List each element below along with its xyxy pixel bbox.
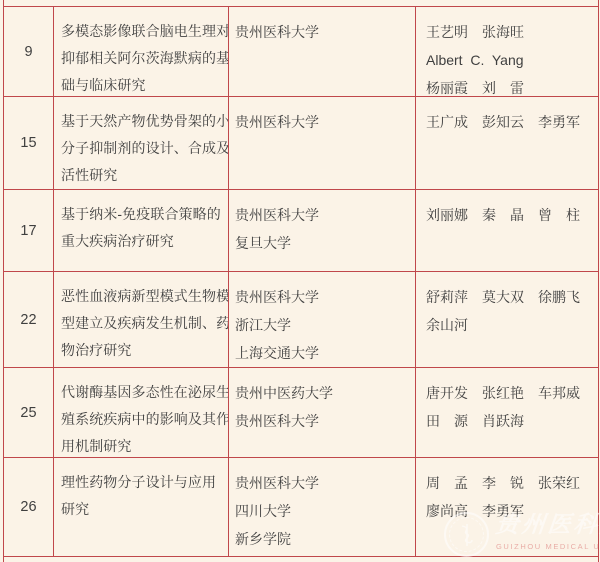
- researchers-cell: 王艺明 张海旺Albert C. Yang杨丽霞 刘 雷: [416, 7, 598, 96]
- researcher-names-line: 周 孟 李 锐 张荣红: [426, 469, 596, 497]
- project-title-line: 基于纳米-免疫联合策略的: [61, 201, 227, 228]
- project-title-line: 础与临床研究: [61, 72, 227, 96]
- project-title-cell: 恶性血液病新型模式生物模型建立及疾病发生机制、药物治疗研究: [54, 272, 229, 367]
- project-title-line: 殖系统疾病中的影响及其作: [61, 406, 227, 433]
- institution-name: 贵州医科大学: [235, 469, 413, 497]
- researchers-cell: 周 孟 李 锐 张荣红廖尚高 李勇军: [416, 458, 598, 556]
- row-number: 25: [4, 368, 54, 457]
- project-title-cell: 基于纳米-免疫联合策略的重大疾病治疗研究: [54, 190, 229, 271]
- institution-name: 浙江大学: [235, 311, 413, 339]
- researchers-cell: 王广成 彭知云 李勇军: [416, 97, 598, 189]
- institution-name: 贵州医科大学: [235, 283, 413, 311]
- institution-name: 上海交通大学: [235, 339, 413, 367]
- project-title-line: 重大疾病治疗研究: [61, 228, 227, 255]
- institutions-cell: 贵州医科大学: [229, 7, 416, 96]
- institution-name: 复旦大学: [235, 229, 413, 257]
- project-title-line: 活性研究: [61, 162, 227, 189]
- projects-table: 9 多模态影像联合脑电生理对抑郁相关阿尔茨海默病的基础与临床研究 贵州医科大学 …: [3, 0, 599, 562]
- institutions-cell: 贵州医科大学复旦大学: [229, 190, 416, 271]
- project-title-line: 型建立及疾病发生机制、药: [61, 310, 227, 337]
- project-title-line: 抑郁相关阿尔茨海默病的基: [61, 45, 227, 72]
- row-number: 26: [4, 458, 54, 556]
- institution-name: 贵州医科大学: [235, 201, 413, 229]
- institutions-cell: 贵州中医药大学贵州医科大学: [229, 368, 416, 457]
- institution-name: 贵州中医药大学: [235, 379, 413, 407]
- researcher-names-line: 王艺明 张海旺: [426, 18, 596, 46]
- row-number: 15: [4, 97, 54, 189]
- researcher-names-line: 舒莉萍 莫大双 徐鹏飞: [426, 283, 596, 311]
- table-row: 22 恶性血液病新型模式生物模型建立及疾病发生机制、药物治疗研究 贵州医科大学浙…: [4, 272, 598, 368]
- document-page: 9 多模态影像联合脑电生理对抑郁相关阿尔茨海默病的基础与临床研究 贵州医科大学 …: [0, 0, 600, 562]
- researcher-names-line: 廖尚高 李勇军: [426, 497, 596, 525]
- row-number: 22: [4, 272, 54, 367]
- project-title-cell: 理性药物分子设计与应用研究: [54, 458, 229, 556]
- row-number: 17: [4, 190, 54, 271]
- project-title-cell: 代谢酶基因多态性在泌尿生殖系统疾病中的影响及其作用机制研究: [54, 368, 229, 457]
- table-cutoff-row-bottom: [4, 557, 598, 562]
- institution-name: 新乡学院: [235, 525, 413, 553]
- row-number: 9: [4, 7, 54, 96]
- researcher-names-line: 唐开发 张红艳 车邦威: [426, 379, 596, 407]
- project-title-line: 物治疗研究: [61, 337, 227, 364]
- project-title-line: 理性药物分子设计与应用: [61, 469, 227, 496]
- table-row: 26 理性药物分子设计与应用研究 贵州医科大学四川大学新乡学院 周 孟 李 锐 …: [4, 458, 598, 557]
- institution-name: 贵州医科大学: [235, 18, 413, 46]
- project-title-line: 代谢酶基因多态性在泌尿生: [61, 379, 227, 406]
- project-title-line: 分子抑制剂的设计、合成及: [61, 135, 227, 162]
- researchers-cell: 刘丽娜 秦 晶 曾 柱: [416, 190, 598, 271]
- table-row: 9 多模态影像联合脑电生理对抑郁相关阿尔茨海默病的基础与临床研究 贵州医科大学 …: [4, 7, 598, 97]
- institution-name: 四川大学: [235, 497, 413, 525]
- project-title-line: 多模态影像联合脑电生理对: [61, 18, 227, 45]
- table-row: 25 代谢酶基因多态性在泌尿生殖系统疾病中的影响及其作用机制研究 贵州中医药大学…: [4, 368, 598, 458]
- institutions-cell: 贵州医科大学四川大学新乡学院: [229, 458, 416, 556]
- researchers-cell: 舒莉萍 莫大双 徐鹏飞余山河: [416, 272, 598, 367]
- table-row: 15 基于天然产物优势骨架的小分子抑制剂的设计、合成及活性研究 贵州医科大学 王…: [4, 97, 598, 190]
- researcher-names-line: Albert C. Yang: [426, 46, 596, 74]
- researcher-names-line: 余山河: [426, 311, 596, 339]
- project-title-cell: 基于天然产物优势骨架的小分子抑制剂的设计、合成及活性研究: [54, 97, 229, 189]
- project-title-line: 基于天然产物优势骨架的小: [61, 108, 227, 135]
- table-cutoff-row-top: [4, 0, 598, 7]
- institutions-cell: 贵州医科大学浙江大学上海交通大学: [229, 272, 416, 367]
- institution-name: 贵州医科大学: [235, 108, 413, 136]
- researcher-names-line: 杨丽霞 刘 雷: [426, 74, 596, 96]
- table-row: 17 基于纳米-免疫联合策略的重大疾病治疗研究 贵州医科大学复旦大学 刘丽娜 秦…: [4, 190, 598, 272]
- institution-name: 贵州医科大学: [235, 407, 413, 435]
- project-title-line: 恶性血液病新型模式生物模: [61, 283, 227, 310]
- project-title-line: 用机制研究: [61, 433, 227, 457]
- institutions-cell: 贵州医科大学: [229, 97, 416, 189]
- researcher-names-line: 田 源 肖跃海: [426, 407, 596, 435]
- researcher-names-line: 刘丽娜 秦 晶 曾 柱: [426, 201, 596, 229]
- project-title-line: 研究: [61, 496, 227, 523]
- researchers-cell: 唐开发 张红艳 车邦威田 源 肖跃海: [416, 368, 598, 457]
- project-title-cell: 多模态影像联合脑电生理对抑郁相关阿尔茨海默病的基础与临床研究: [54, 7, 229, 96]
- researcher-names-line: 王广成 彭知云 李勇军: [426, 108, 596, 136]
